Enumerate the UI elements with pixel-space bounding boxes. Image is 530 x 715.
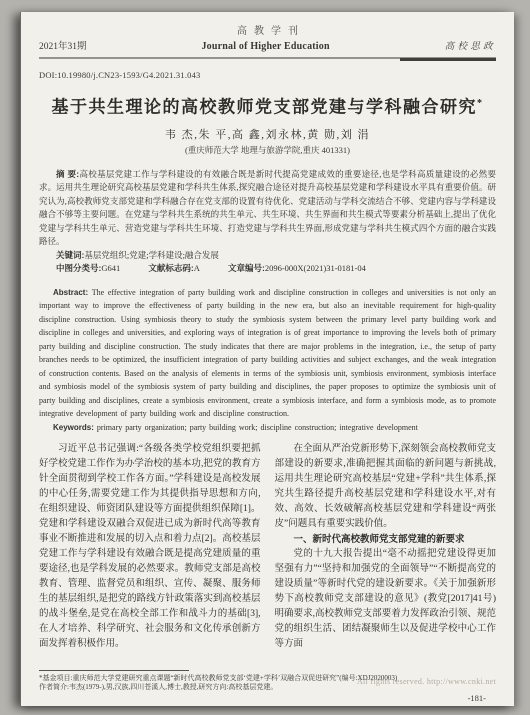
article-title: 基于共生理论的高校教师党支部党建与学科融合研究*	[39, 93, 496, 119]
authors: 韦 杰,朱 平,高 鑫,刘永林,黄 勋,刘 涓	[39, 128, 496, 142]
keywords-en-line: Keywords: primary party organization; pa…	[39, 421, 496, 435]
clc-value: G641	[101, 263, 120, 273]
page-number: -181-	[468, 693, 486, 703]
keywords-en-label: Keywords:	[53, 423, 94, 432]
body-columns: 习近平总书记强调:“各级各类学校党组织要把抓好学校党建工作作为办学治校的基本功,…	[39, 442, 496, 652]
title-footnote-marker: *	[477, 98, 484, 109]
abstract-en: Abstract: The effective integration of p…	[39, 286, 496, 435]
clc-label: 中图分类号:	[56, 263, 101, 273]
abstract-en-text: The effective integration of party build…	[39, 288, 496, 419]
classification-line: 中图分类号:G641 文献标志码:A 文章编号:2096-000X(2021)3…	[39, 262, 496, 276]
journal-header-row: 2021年31期 Journal of Higher Education 高校思…	[39, 40, 496, 54]
header-rule-dark-segment	[400, 58, 496, 61]
journal-name-en: Journal of Higher Education	[201, 40, 329, 53]
journal-issue: 2021年31期	[39, 41, 87, 54]
affiliation: (重庆师范大学 地理与旅游学院,重庆 401331)	[39, 145, 496, 156]
article-id-group: 文章编号:2096-000X(2021)31-0181-04	[228, 263, 366, 273]
doi: DOI:10.19980/j.CN23-1593/G4.2021.31.043	[39, 70, 496, 80]
body-paragraph-right-2: 党的十九大报告提出“毫不动摇把党建设得更加坚强有力”“坚持和加强党的全面领导”“…	[275, 547, 497, 652]
section-heading: 一、新时代高校教师党支部党建的新要求	[275, 532, 497, 547]
article-id-value: 2096-000X(2021)31-0181-04	[265, 263, 366, 273]
body-paragraph-right-1: 在全面从严治党新形势下,深刻领会高校教师党支部建设的新要求,准确把握其面临的新问…	[275, 442, 497, 532]
paper-page: 高教学刊 2021年31期 Journal of Higher Educatio…	[20, 12, 514, 706]
abstract-cn-text: 高校基层党建工作与学科建设的有效融合既是新时代提高党建成效的重要途径,也是学科高…	[39, 169, 496, 247]
journal-masthead: 高教学刊	[39, 26, 496, 38]
clc-group: 中图分类号:G641	[56, 263, 120, 273]
cnki-watermark: All rights reserved. http://www.cnki.net	[357, 677, 496, 686]
body-right-column: 在全面从严治党新形势下,深刻领会高校教师党支部建设的新要求,准确把握其面临的新问…	[275, 442, 497, 652]
article-title-text: 基于共生理论的高校教师党支部党建与学科融合研究	[52, 98, 478, 117]
body-left-column: 习近平总书记强调:“各级各类学校党组织要把抓好学校党建工作作为办学治校的基本功,…	[39, 442, 261, 652]
abstract-en-label: Abstract:	[53, 288, 88, 297]
doc-code-group: 文献标志码:A	[148, 263, 199, 273]
keywords-en-text: primary party organization; party buildi…	[97, 423, 418, 432]
body-paragraph-left: 习近平总书记强调:“各级各类学校党组织要把抓好学校党建工作作为办学治校的基本功,…	[39, 442, 261, 652]
keywords-cn-text: 基层党组织;党建;学科建设;融合发展	[84, 250, 219, 260]
abstract-cn-paragraph: 摘 要:高校基层党建工作与学科建设的有效融合既是新时代提高党建成效的重要途径,也…	[39, 168, 496, 249]
article-id-label: 文章编号:	[228, 263, 265, 273]
keywords-cn-label: 关键词:	[56, 250, 84, 260]
abstract-cn: 摘 要:高校基层党建工作与学科建设的有效融合既是新时代提高党建成效的重要途径,也…	[39, 168, 496, 276]
keywords-cn-line: 关键词:基层党组织;党建;学科建设;融合发展	[39, 249, 496, 263]
header-rule	[39, 57, 496, 59]
doc-code-value: A	[194, 263, 200, 273]
footnote-rule	[39, 670, 189, 671]
journal-column: 高校思政	[445, 41, 496, 54]
doc-code-label: 文献标志码:	[148, 263, 193, 273]
abstract-cn-label: 摘 要:	[56, 169, 79, 179]
abstract-en-paragraph: Abstract: The effective integration of p…	[39, 286, 496, 421]
